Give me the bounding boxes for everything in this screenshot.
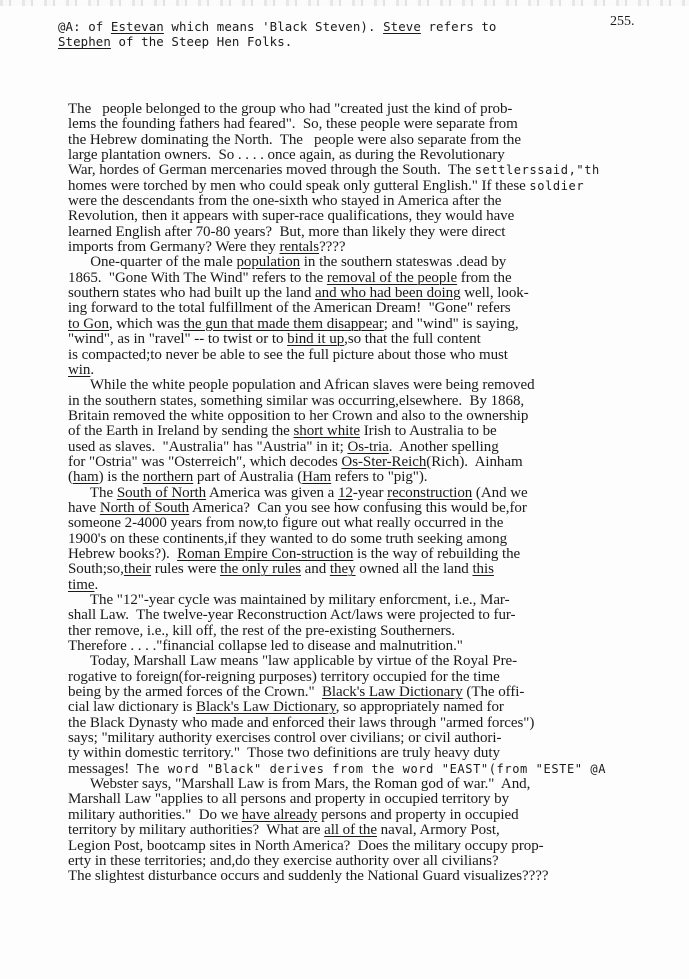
text-segment: territory by military authorities? What …	[68, 822, 324, 838]
text-line: Today, Marshall Law means "law applicabl…	[68, 654, 689, 669]
text-line: for "Ostria" was "Osterreich", which dec…	[68, 455, 689, 470]
text-segment: ) is the	[99, 469, 143, 485]
text-line: (ham) is the northern part of Australia …	[68, 470, 689, 485]
text-segment: (And we	[472, 485, 527, 501]
text-line: win.	[68, 363, 689, 378]
text-line: Legion Post, bootcamp sites in North Ame…	[68, 839, 689, 854]
text-line: were the descendants from the one-sixth …	[68, 194, 689, 209]
text-line: of the Earth in Ireland by sending the s…	[68, 424, 689, 439]
text-segment: naval, Armory Post,	[377, 822, 500, 838]
text-line: 1865. "Gone With The Wind" refers to the…	[68, 271, 689, 286]
text-line: being by the armed forces of the Crown."…	[68, 685, 689, 700]
text-line: rogative to foreign(for-reigning purpose…	[68, 670, 689, 685]
text-segment: is compacted;to never be able to see the…	[68, 347, 508, 363]
text-segment: .	[94, 577, 98, 593]
text-segment: 1865. "Gone With The Wind" refers to the	[68, 270, 327, 286]
text-segment: were the descendants from the one-sixth …	[68, 193, 501, 209]
underlined-text: Estevan	[111, 19, 164, 34]
text-segment: , so appropriately named for	[336, 699, 504, 715]
text-line: Marshall Law "applies to all persons and…	[68, 792, 689, 807]
text-segment: War, hordes of German mercenaries moved …	[68, 162, 475, 178]
text-line: Revolution, then it appears with super-r…	[68, 209, 689, 224]
text-line: The people belonged to the group who had…	[68, 102, 689, 117]
text-segment: ing forward to the total fulfillment of …	[68, 300, 511, 316]
text-segment: persons and property in occupied	[317, 807, 518, 823]
underlined-text: 12	[338, 485, 353, 501]
text-segment: well, look-	[461, 285, 529, 301]
text-segment: which means 'Black Steven).	[164, 19, 383, 34]
text-segment: someone 2-4000 years from now,to figure …	[68, 515, 503, 531]
underlined-text: short white	[293, 423, 360, 439]
underlined-text: South of North	[117, 485, 206, 501]
text-segment: have	[68, 500, 100, 516]
text-segment: in the southern states, something simila…	[68, 393, 524, 409]
text-line: South;so,their rules were the only rules…	[68, 562, 689, 577]
text-segment: While the white people population and Af…	[68, 377, 535, 393]
text-segment: ,so that the full content	[344, 331, 481, 347]
text-line: "wind", as in "ravel" -- to twist or to …	[68, 332, 689, 347]
text-line: ing forward to the total fulfillment of …	[68, 301, 689, 316]
text-line: time.	[68, 578, 689, 593]
text-segment: is the way of rebuilding the	[353, 546, 520, 562]
text-line: ther remove, i.e., kill off, the rest of…	[68, 624, 689, 639]
underlined-text: all of the	[324, 822, 377, 838]
text-segment: from the	[457, 270, 512, 286]
text-segment: owned all the land	[356, 561, 473, 577]
text-line: erty in these territories; and,do they e…	[68, 854, 689, 869]
text-segment: used as slaves. "Australia" has "Austria…	[68, 439, 347, 455]
underlined-text: their	[124, 561, 151, 577]
text-segment: for "Ostria" was "Osterreich", which dec…	[68, 454, 341, 470]
text-line: Hebrew books?). Roman Empire Con-structi…	[68, 547, 689, 562]
text-segment: in the southern stateswas .dead by	[300, 254, 506, 270]
underlined-text: rentals	[279, 239, 319, 255]
text-segment: learned English after 70-80 years? But, …	[68, 224, 505, 240]
text-segment: America was given a	[206, 485, 338, 501]
text-line: military authorities." Do we have alread…	[68, 808, 689, 823]
text-segment: shall Law. The twelve-year Reconstructio…	[68, 607, 516, 623]
underlined-text: win	[68, 362, 90, 378]
underlined-text: have already	[242, 807, 318, 823]
text-segment: @A: of	[58, 19, 111, 34]
underlined-text: Black's Law Dictionary	[322, 684, 463, 700]
text-segment: Britain removed the white opposition to …	[68, 408, 528, 424]
text-line: 1900's on these continents,if they wante…	[68, 532, 689, 547]
text-segment: of the Steep Hen Folks.	[111, 34, 292, 49]
text-segment: The people belonged to the group who had…	[68, 101, 512, 117]
text-line: War, hordes of German mercenaries moved …	[68, 163, 689, 178]
text-line: large plantation owners. So . . . . once…	[68, 148, 689, 163]
text-segment: part of Australia (	[193, 469, 302, 485]
text-segment: and	[301, 561, 330, 577]
text-line: in the southern states, something simila…	[68, 394, 689, 409]
text-segment: Today, Marshall Law means "law applicabl…	[68, 653, 517, 669]
text-segment: homes were torched by men who could spea…	[68, 178, 529, 194]
text-line: to Gon, which was the gun that made them…	[68, 317, 689, 332]
text-segment: .	[90, 362, 94, 378]
text-segment: , which was	[109, 316, 183, 332]
text-line: lems the founding fathers had feared". S…	[68, 117, 689, 132]
text-segment: (Rich). Ainham	[426, 454, 522, 470]
underlined-text: Ham	[302, 469, 331, 485]
text-segment: the Hebrew dominating the North. The peo…	[68, 132, 521, 148]
text-segment: says; "military authority exercises cont…	[68, 730, 501, 746]
text-segment: erty in these territories; and,do they e…	[68, 853, 499, 869]
text-segment: America? Can you see how confusing this …	[189, 500, 527, 516]
text-segment: Legion Post, bootcamp sites in North Ame…	[68, 838, 544, 854]
text-segment: settlerssaid,"th	[475, 163, 600, 177]
text-segment: South;so,	[68, 561, 124, 577]
text-segment: 1900's on these continents,if they wante…	[68, 531, 507, 547]
text-segment: Hebrew books?).	[68, 546, 177, 562]
text-line: the Black Dynasty who made and enforced …	[68, 716, 689, 731]
text-line: shall Law. The twelve-year Reconstructio…	[68, 608, 689, 623]
text-segment: "wind", as in "ravel" -- to twist or to	[68, 331, 287, 347]
text-segment: being by the armed forces of the Crown."	[68, 684, 322, 700]
text-segment: Marshall Law "applies to all persons and…	[68, 791, 509, 807]
text-line: imports from Germany? Were they rentals?…	[68, 240, 689, 255]
text-segment: refers to	[421, 19, 497, 34]
text-line: The South of North America was given a 1…	[68, 486, 689, 501]
text-line: @A: of Estevan which means 'Black Steven…	[58, 20, 618, 35]
underlined-text: Roman Empire Con-struction	[177, 546, 353, 562]
underlined-text: Black's Law Dictionary	[196, 699, 336, 715]
text-line: One-quarter of the male population in th…	[68, 255, 689, 270]
text-segment: The slightest disturbance occurs and sud…	[68, 868, 548, 884]
underlined-text: the only rules	[220, 561, 301, 577]
text-segment: lems the founding fathers had feared". S…	[68, 116, 518, 132]
text-line: learned English after 70-80 years? But, …	[68, 225, 689, 240]
text-line: have North of South America? Can you see…	[68, 501, 689, 516]
text-line: is compacted;to never be able to see the…	[68, 348, 689, 363]
text-segment: The	[68, 485, 117, 501]
underlined-text: Os-tria	[347, 439, 388, 455]
text-line: homes were torched by men who could spea…	[68, 179, 689, 194]
text-line: southern states who had built up the lan…	[68, 286, 689, 301]
text-line: Webster says, "Marshall Law is from Mars…	[68, 777, 689, 792]
text-line: The slightest disturbance occurs and sud…	[68, 869, 689, 884]
underlined-text: reconstruction	[387, 485, 472, 501]
underlined-text: to Gon	[68, 316, 109, 332]
underlined-text: removal of the people	[327, 270, 457, 286]
underlined-text: this	[472, 561, 493, 577]
text-segment: Revolution, then it appears with super-r…	[68, 208, 514, 224]
text-line: While the white people population and Af…	[68, 378, 689, 393]
text-segment: imports from Germany? Were they	[68, 239, 279, 255]
text-line: messages! The word "Black" derives from …	[68, 762, 689, 777]
text-segment: ????	[319, 239, 345, 255]
underlined-text: population	[236, 254, 300, 270]
text-segment: the Black Dynasty who made and enforced …	[68, 715, 534, 731]
underlined-text: Stephen	[58, 34, 111, 49]
underlined-text: bind it up	[287, 331, 344, 347]
text-segment: ty within domestic territory." Those two…	[68, 745, 500, 761]
text-segment: soldier	[529, 179, 584, 193]
text-segment: Therefore . . . ."financial collapse led…	[68, 638, 463, 654]
text-segment: large plantation owners. So . . . . once…	[68, 147, 505, 163]
text-segment: One-quarter of the male	[68, 254, 236, 270]
underlined-text: time	[68, 577, 94, 593]
text-segment: ther remove, i.e., kill off, the rest of…	[68, 623, 455, 639]
text-segment: (The offi-	[463, 684, 525, 700]
text-segment: . Another spelling	[389, 439, 499, 455]
underlined-text: Steve	[383, 19, 421, 34]
underlined-text: northern	[143, 469, 193, 485]
text-segment: rogative to foreign(for-reigning purpose…	[68, 669, 500, 685]
text-line: cial law dictionary is Black's Law Dicti…	[68, 700, 689, 715]
underlined-text: ham	[73, 469, 99, 485]
text-segment: messages!	[68, 761, 137, 777]
underlined-text: Os-Ster-Reich	[341, 454, 426, 470]
text-segment: refers to "pig").	[331, 469, 427, 485]
text-line: the Hebrew dominating the North. The peo…	[68, 133, 689, 148]
scan-edge-noise	[0, 0, 689, 6]
underlined-text: and who had been doing	[315, 285, 461, 301]
document-body: The people belonged to the group who had…	[68, 102, 689, 885]
text-line: territory by military authorities? What …	[68, 823, 689, 838]
underlined-text: North of South	[100, 500, 189, 516]
text-segment: Irish to Australia to be	[360, 423, 497, 439]
text-segment: military authorities." Do we	[68, 807, 242, 823]
text-segment: Webster says, "Marshall Law is from Mars…	[68, 776, 530, 792]
underlined-text: they	[330, 561, 356, 577]
text-segment: The "12"-year cycle was maintained by mi…	[68, 592, 510, 608]
text-segment: of the Earth in Ireland by sending the	[68, 423, 293, 439]
text-line: used as slaves. "Australia" has "Austria…	[68, 440, 689, 455]
footnote-header: @A: of Estevan which means 'Black Steven…	[58, 20, 618, 51]
text-line: Stephen of the Steep Hen Folks.	[58, 35, 618, 50]
underlined-text: the gun that made them disappear	[183, 316, 383, 332]
text-line: The "12"-year cycle was maintained by mi…	[68, 593, 689, 608]
text-line: Britain removed the white opposition to …	[68, 409, 689, 424]
text-line: ty within domestic territory." Those two…	[68, 746, 689, 761]
text-segment: rules were	[151, 561, 220, 577]
text-segment: -year	[353, 485, 387, 501]
text-segment: cial law dictionary is	[68, 699, 196, 715]
text-line: someone 2-4000 years from now,to figure …	[68, 516, 689, 531]
text-segment: The word "Black" derives from the word "…	[137, 762, 606, 776]
text-segment: ; and "wind" is saying,	[384, 316, 519, 332]
text-line: says; "military authority exercises cont…	[68, 731, 689, 746]
text-line: Therefore . . . ."financial collapse led…	[68, 639, 689, 654]
text-segment: southern states who had built up the lan…	[68, 285, 315, 301]
